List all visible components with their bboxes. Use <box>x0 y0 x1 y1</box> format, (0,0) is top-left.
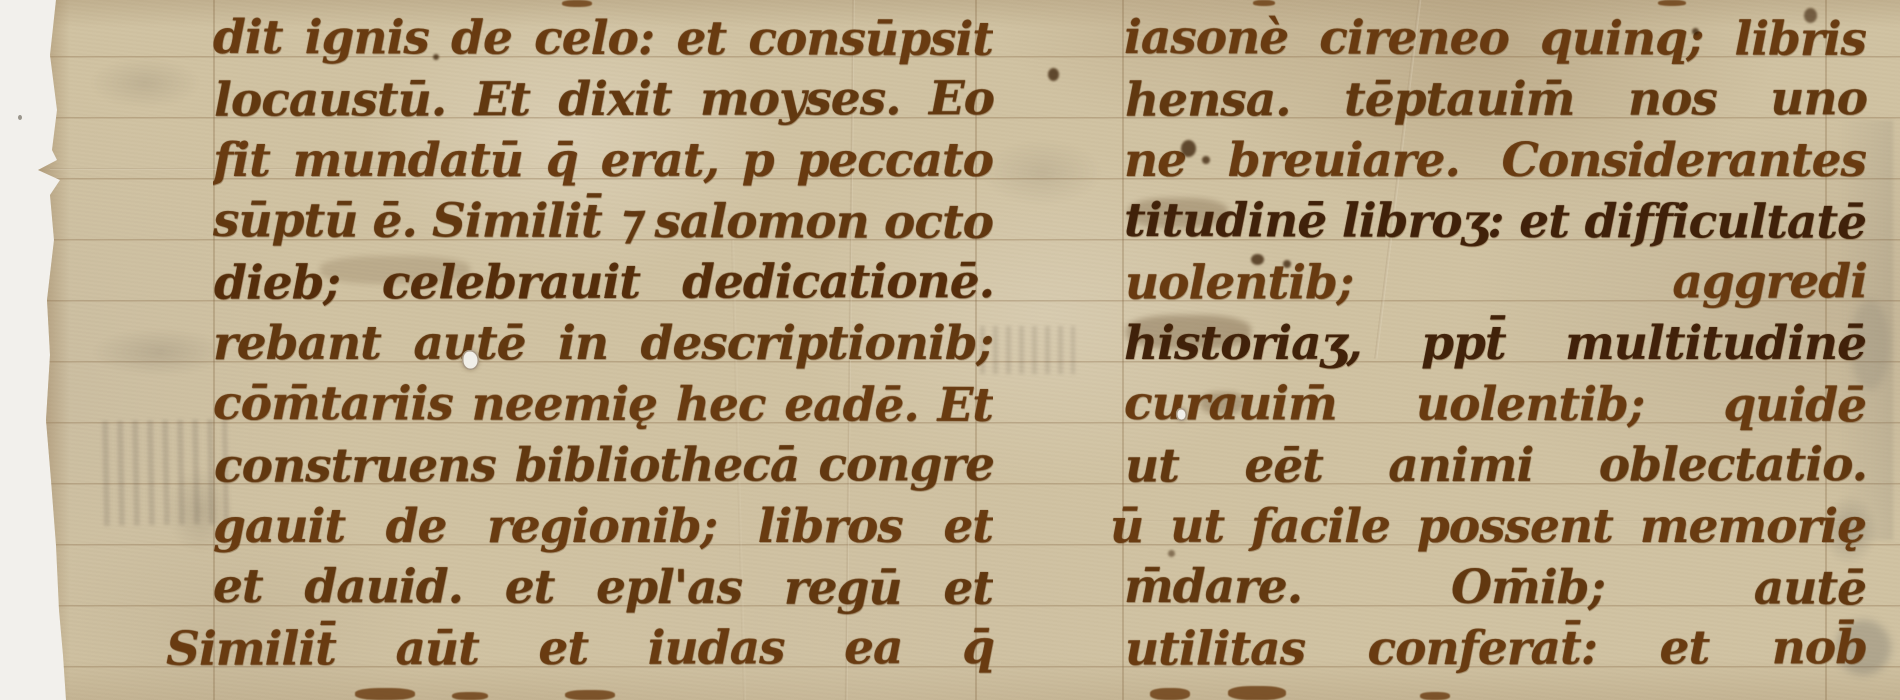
manuscript-line: ne breuiare. Considerantes eñi mul <box>1124 130 1866 191</box>
ink-blot <box>1168 550 1175 557</box>
manuscript-line: dieb; celebrauit dedicationē. Jnfe <box>214 251 994 314</box>
ink-bleedthrough <box>980 326 1075 374</box>
manuscript-line: rebant autē in descriptionib; et <box>213 313 993 374</box>
ink-blot <box>433 54 439 60</box>
cut-off-line-remnant <box>355 688 415 700</box>
cut-off-line-remnant <box>565 690 615 700</box>
ink-blot <box>1692 28 1699 35</box>
manuscript-line: ū ut facile possent memorię cō <box>1110 496 1866 557</box>
manuscript-line: fit mundatū q̄ erat, p peccato con <box>213 130 993 191</box>
manuscript-line: locaustū. Et dixit moyses. Eo q̄ñ <box>214 68 994 131</box>
text-column-left: dit ignis de celo: et consūpsit ho locau… <box>213 8 993 679</box>
manuscript-line: ut eēt animi oblectatio. studiosis <box>1125 434 1867 497</box>
manuscript-line: iasonè cireneo quinq; libris cōprę <box>1124 7 1866 70</box>
cut-off-line-remnant <box>1420 692 1450 700</box>
ink-blot <box>1202 156 1210 164</box>
ink-blot <box>918 160 923 165</box>
manuscript-line: cōm̄tariis neemię hec eadē. Et ut <box>213 373 993 436</box>
manuscript-line: et dauid. et epl'as regū et donariis. <box>213 556 993 619</box>
dust-speck <box>18 115 22 120</box>
manuscript-line: curauim̄ uolentib; quidē legere. <box>1124 373 1866 436</box>
ink-blot <box>1048 68 1059 81</box>
manuscript-line: m̄dare. Om̄ib; autē legentibus <box>1124 556 1866 619</box>
ink-blot <box>1283 260 1291 268</box>
cut-off-line-remnant <box>1150 688 1190 700</box>
ink-bleedthrough <box>982 140 1102 205</box>
ink-blot <box>1181 140 1196 157</box>
parchment-hole <box>462 350 479 370</box>
manuscript-line: hensa. tēptauim̄ nos uno uolumi <box>1125 68 1867 131</box>
manuscript-line: historiaʒ, ppt̄ multitudinē rerū: <box>1124 313 1866 374</box>
manuscript-line: sūptū ē. Similit̄ ⁊ salomon octo <box>213 190 993 253</box>
ink-blot <box>1251 254 1264 265</box>
manuscript-line: utilitas conferat̄: et nob̄ quidē <box>1125 617 1867 680</box>
manuscript-line: gauit de regionib; libros et pphaʒ <box>213 496 993 557</box>
cut-off-line-remnant <box>452 692 488 700</box>
manuscript-line: uolentib; aggredi narrationes <box>1125 251 1867 314</box>
ink-bleedthrough <box>90 58 200 108</box>
parchment-leaf: dit ignis de celo: et consūpsit ho locau… <box>0 0 1900 700</box>
manuscript-line: dit ignis de celo: et consūpsit ho <box>213 7 993 70</box>
manuscript-line: Similit̄ aūt et iudas ea q̄ didicerat <box>166 617 994 680</box>
manuscript-scan-image: dit ignis de celo: et consūpsit ho locau… <box>0 0 1900 700</box>
cut-off-line-remnant <box>1253 0 1275 6</box>
ink-blot <box>1804 8 1817 23</box>
manuscript-line: construens bibliothecā congre <box>214 434 994 497</box>
cut-off-line-remnant <box>562 0 592 7</box>
parchment-hole <box>1176 408 1187 421</box>
manuscript-line: titudinē libroʒ: et difficultatē <box>1124 190 1866 253</box>
text-column-right: iasonè cireneo quinq; libris cōprę hensa… <box>1124 8 1866 679</box>
ink-bleedthrough <box>92 328 227 376</box>
cut-off-line-remnant <box>1228 686 1286 700</box>
cut-off-line-remnant <box>1658 0 1686 6</box>
